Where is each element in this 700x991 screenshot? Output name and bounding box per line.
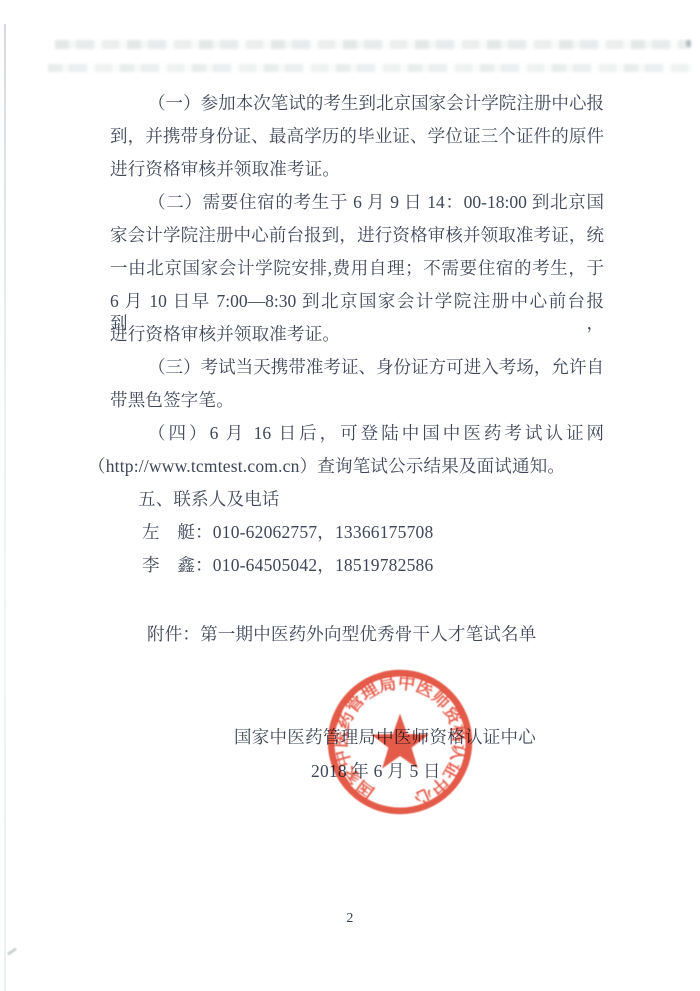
document-page: （一）参加本次笔试的考生到北京国家会计学院注册中心报 到，并携带身份证、最高学历…	[0, 0, 700, 991]
body-text-line: 进行资格审核并领取准考证。	[110, 323, 340, 345]
body-text-line: 带黑色签字笔。	[110, 389, 234, 411]
body-text-line: （二）需要住宿的考生于 6 月 9 日 14：00-18:00 到北京国	[148, 191, 604, 213]
contact-line: 李 鑫：010-64505042，18519782586	[142, 554, 433, 576]
official-seal: 国家中医药管理局中医师资格认证中心	[324, 666, 476, 818]
page-number: 2	[0, 908, 700, 930]
body-text-line: 到，并携带身份证、最高学历的毕业证、学位证三个证件的原件	[110, 125, 604, 147]
body-text-line: （一）参加本次笔试的考生到北京国家会计学院注册中心报	[148, 92, 604, 114]
scan-speck	[7, 947, 17, 955]
section-heading-contacts: 五、联系人及电话	[138, 488, 280, 510]
scan-edge-artifact	[4, 24, 6, 991]
contact-line: 左 艇：010-62062757，13366175708	[142, 521, 433, 543]
star-icon	[371, 714, 429, 769]
bleedthrough-text-line	[55, 40, 691, 49]
body-text-line: 一由北京国家会计学院安排,费用自理；不需要住宿的考生，于	[110, 257, 604, 279]
bleedthrough-text-line	[48, 64, 692, 72]
body-text-line website-url: （http://www.tcmtest.com.cn）查询笔试公示结果及面试通知…	[88, 455, 565, 477]
attachment-line: 附件：第一期中医药外向型优秀骨干人才笔试名单	[147, 623, 536, 645]
body-text-line: 家会计学院注册中心前台报到，进行资格审核并领取准考证，统	[110, 224, 604, 246]
body-text-line: （三）考试当天携带准考证、身份证方可进入考场，允许自	[148, 356, 604, 378]
body-text-line: 进行资格审核并领取准考证。	[110, 158, 340, 180]
body-text-line: （四）6 月 16 日后，可登陆中国中医药考试认证网	[148, 422, 604, 444]
